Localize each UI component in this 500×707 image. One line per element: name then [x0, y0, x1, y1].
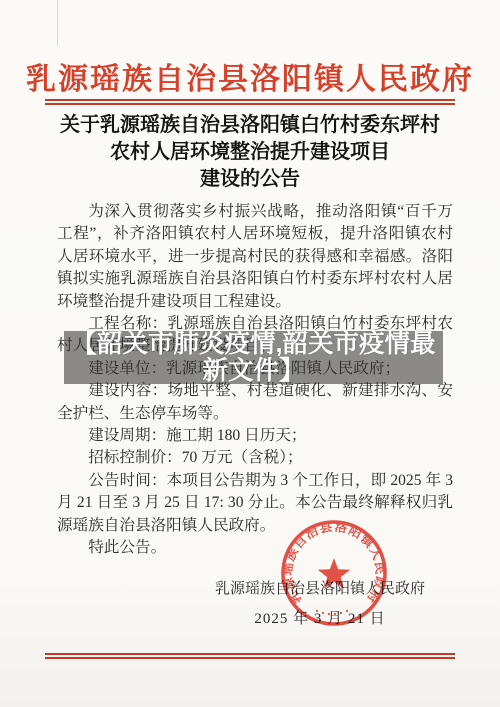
signature-block: 乳源瑶族自治县洛阳镇人民政府 2025 年 3 月 21 日	[210, 577, 430, 628]
scanned-notice-page: 乳源瑶族自治县洛阳镇人民政府 关于乳源瑶族自治县洛阳镇白竹村委东坪村 农村人居环…	[0, 0, 500, 707]
paragraph-build-content: 建设内容：场地平整、村巷道硬化、新建排水沟、安全护栏、生态停车场等。	[57, 380, 453, 425]
letterhead-double-rule	[45, 99, 455, 101]
paragraph-notice-period: 公告时间：本项目公告期为 3 个工作日，即 2025 年 3 月 21 日至 3…	[57, 470, 453, 537]
paragraph-closing: 特此公告。	[57, 537, 453, 559]
watermark-caption-text: 【韶关市肺炎疫情,韶关市疫情最新文件】	[64, 331, 443, 385]
document-title-line3: 建设的公告	[30, 166, 470, 193]
letterhead-agency-title: 乳源瑶族自治县洛阳镇人民政府	[0, 54, 500, 98]
document-title-line1: 关于乳源瑶族自治县洛阳镇白竹村委东坪村	[30, 112, 470, 139]
scan-artifact-line	[57, 0, 58, 46]
signature-agency: 乳源瑶族自治县洛阳镇人民政府	[215, 581, 425, 597]
paragraph-bid-price: 招标控制价：70 万元（含税）；	[57, 447, 453, 469]
document-title-line2: 农村人居环境整治提升建设项目	[30, 139, 470, 166]
paragraph-intro: 为深入贯彻落实乡村振兴战略，推动洛阳镇“百千万工程”，补齐洛阳镇农村人居环境短板…	[57, 201, 453, 313]
document-title: 关于乳源瑶族自治县洛阳镇白竹村委东坪村 农村人居环境整治提升建设项目 建设的公告	[30, 112, 470, 193]
footer-double-rule	[45, 653, 455, 655]
signature-date: 2025 年 3 月 21 日	[210, 607, 430, 628]
watermark-caption-bar: 【韶关市肺炎疫情,韶关市疫情最新文件】	[64, 331, 443, 384]
paragraph-build-period: 建设周期：施工期 180 日历天；	[57, 425, 453, 447]
